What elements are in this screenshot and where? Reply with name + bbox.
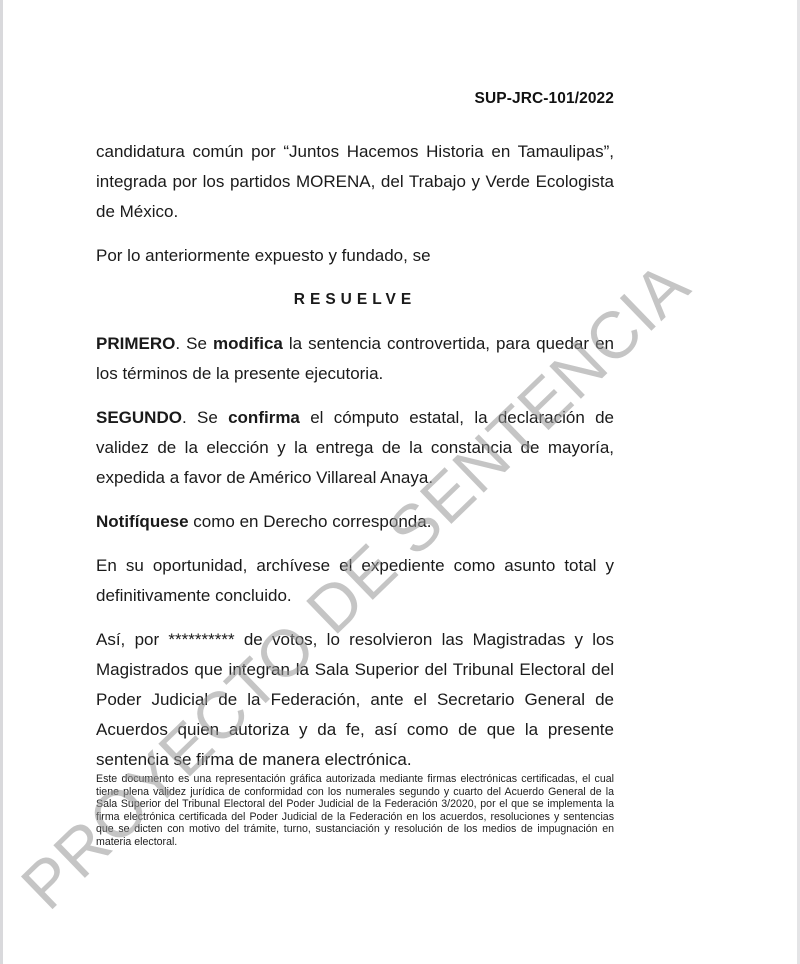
paragraph-archivese: En su oportunidad, archívese el expedien… [96,551,614,611]
resolutivo-primero: PRIMERO. Se modifica la sentencia contro… [96,329,614,389]
segundo-bold: confirma [228,408,300,427]
case-number: SUP-JRC-101/2022 [475,90,614,108]
paragraph-votos: Así, por ********** de votos, lo resolvi… [96,625,614,775]
resolutivo-segundo: SEGUNDO. Se confirma el cómputo estatal,… [96,403,614,493]
primero-label: PRIMERO [96,334,175,353]
document-body: candidatura común por “Juntos Hacemos Hi… [96,137,614,775]
segundo-text-1: . Se [182,408,228,427]
page-edge-left [0,0,3,964]
paragraph-fundado: Por lo anteriormente expuesto y fundado,… [96,241,614,271]
paragraph-notifiquese: Notifíquese como en Derecho corresponda. [96,507,614,537]
primero-bold: modifica [213,334,283,353]
paragraph-candidatura: candidatura común por “Juntos Hacemos Hi… [96,137,614,227]
notifiquese-bold: Notifíquese [96,512,189,531]
notifiquese-text: como en Derecho corresponda. [189,512,432,531]
primero-text-1: . Se [175,334,213,353]
segundo-label: SEGUNDO [96,408,182,427]
electronic-signature-footnote: Este documento es una representación grá… [96,773,614,849]
resuelve-heading: RESUELVE [96,285,614,315]
